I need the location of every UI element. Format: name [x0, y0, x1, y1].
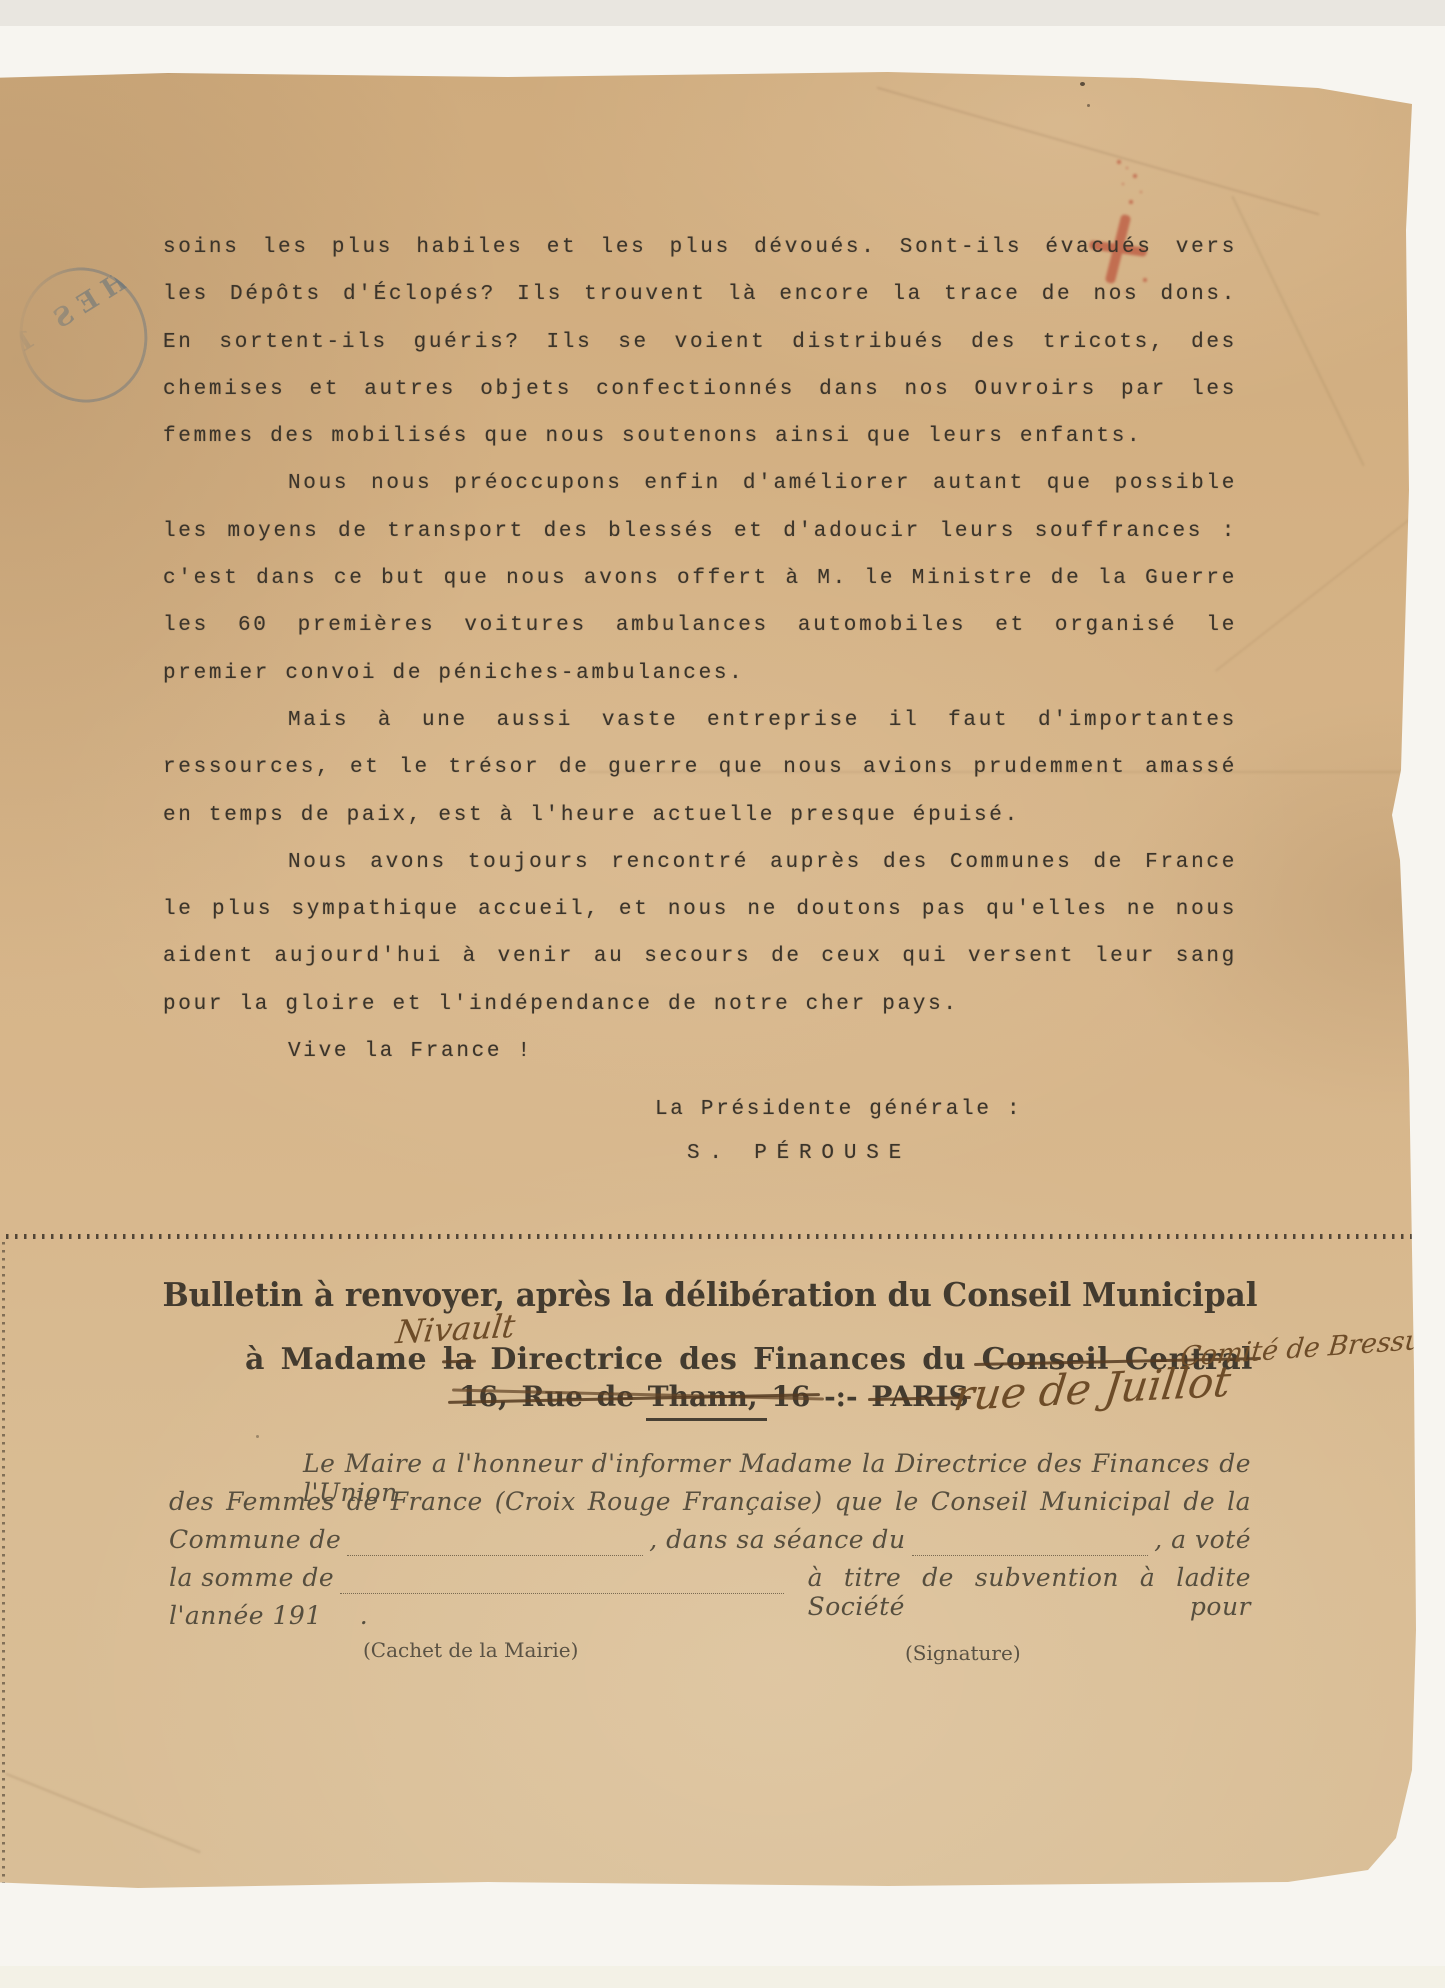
letter-body: soins les plus habiles et les plus dévou…: [163, 236, 1237, 1087]
diagonal-crease: [1215, 510, 1421, 672]
letter-line: chemises et autres objets confectionnés …: [163, 378, 1237, 425]
cachet-label: (Cachet de la Mairie): [363, 1638, 578, 1662]
postal-stamp-bleedthrough: HES 1: [2, 251, 165, 420]
letter-line: Nous avons toujours rencontré auprès des…: [163, 851, 1237, 898]
scanner-bottom-strip: [0, 1966, 1445, 1988]
letter-line: Nous nous préoccupons enfin d'améliorer …: [163, 472, 1237, 519]
form-label-subvention: à titre de subvention à ladite Société p…: [790, 1563, 1251, 1621]
form-label-seance: , dans sa séance du: [649, 1525, 905, 1554]
scanned-document: HES 1 soins les plus habiles et les plus…: [0, 0, 1445, 1988]
form-line: la somme de à titre de subvention à ladi…: [169, 1563, 1251, 1601]
form-period: .: [360, 1601, 368, 1630]
letter-line: Mais à une aussi vaste entreprise il fau…: [163, 709, 1237, 756]
form-line: Commune de , dans sa séance du , a voté: [169, 1525, 1251, 1563]
letter-line: pour la gloire et l'indépendance de notr…: [163, 993, 1237, 1040]
bulletin-title: Bulletin à renvoyer, après la délibérati…: [162, 1275, 1257, 1314]
paper-sheet: HES 1 soins les plus habiles et les plus…: [0, 70, 1418, 1890]
horizontal-fold-crease: [0, 70, 628, 73]
form-line: Le Maire a l'honneur d'informer Madame l…: [169, 1449, 1251, 1487]
addressee-prefix: à Madame: [245, 1342, 427, 1377]
letter-line: premier convoi de péniches-ambulances.: [163, 662, 1237, 709]
signature-title: La Présidente générale :: [655, 1098, 1022, 1121]
signature-placeholder-label: (Signature): [905, 1641, 1021, 1665]
letter-line: le plus sympathique accueil, et nous ne …: [163, 898, 1237, 945]
letter-line: en temps de paix, est à l'heure actuelle…: [163, 804, 1237, 851]
ink-speck: [256, 1435, 259, 1438]
form-label-commune: Commune de: [169, 1525, 341, 1554]
letter-line: soins les plus habiles et les plus dévou…: [163, 236, 1237, 283]
blank-commune-field: [347, 1555, 643, 1556]
letter-line: les moyens de transport des blessés et d…: [163, 520, 1237, 567]
struck-article: la: [443, 1342, 475, 1377]
diagonal-crease: [1231, 196, 1364, 467]
letter-line: les Dépôts d'Éclopés? Ils trouvent là en…: [163, 283, 1237, 330]
letter-line-valediction: Vive la France !: [163, 1040, 1237, 1087]
red-ink-speckles: [1117, 160, 1121, 164]
bulletin-form: Le Maire a l'honneur d'informer Madame l…: [169, 1449, 1251, 1639]
struck-street: 16, Rue de Thann, 16: [459, 1380, 810, 1413]
letter-line: femmes des mobilisés que nous soutenons …: [163, 425, 1237, 472]
blank-amount-field: [340, 1593, 783, 1594]
addressee-middle: Directrice des Finances du: [490, 1342, 965, 1377]
diagonal-crease: [5, 1773, 200, 1854]
letter-line: c'est dans ce but que nous avons offert …: [163, 567, 1237, 614]
signature-name: S. PÉROUSE: [687, 1142, 911, 1165]
form-label-annee: l'année 191: [169, 1601, 322, 1630]
form-label-somme: la somme de: [169, 1563, 334, 1592]
form-label-vote: , a voté: [1154, 1525, 1251, 1554]
perforation-line: [0, 1234, 1418, 1239]
bulletin-address-line: 16, Rue de Thann, 16 -:- PARIS: [459, 1380, 969, 1413]
scanner-edge-strip: [0, 0, 1445, 26]
ink-speck: [1080, 82, 1085, 86]
stamp-letters: HES 1: [2, 266, 133, 363]
form-line: des Femmes de France (Croix Rouge França…: [169, 1487, 1251, 1525]
letter-line: aident aujourd'hui à venir au secours de…: [163, 945, 1237, 992]
decorative-rule: [646, 1418, 767, 1421]
letter-line: En sortent-ils guéris? Ils se voient dis…: [163, 331, 1237, 378]
letter-line: ressources, et le trésor de guerre que n…: [163, 756, 1237, 803]
ink-speck: [1087, 104, 1090, 107]
letter-line: les 60 premières voitures ambulances aut…: [163, 614, 1237, 661]
perforation-edge: [2, 1242, 5, 1886]
address-separator: -:-: [824, 1380, 858, 1413]
blank-date-field: [912, 1555, 1149, 1556]
